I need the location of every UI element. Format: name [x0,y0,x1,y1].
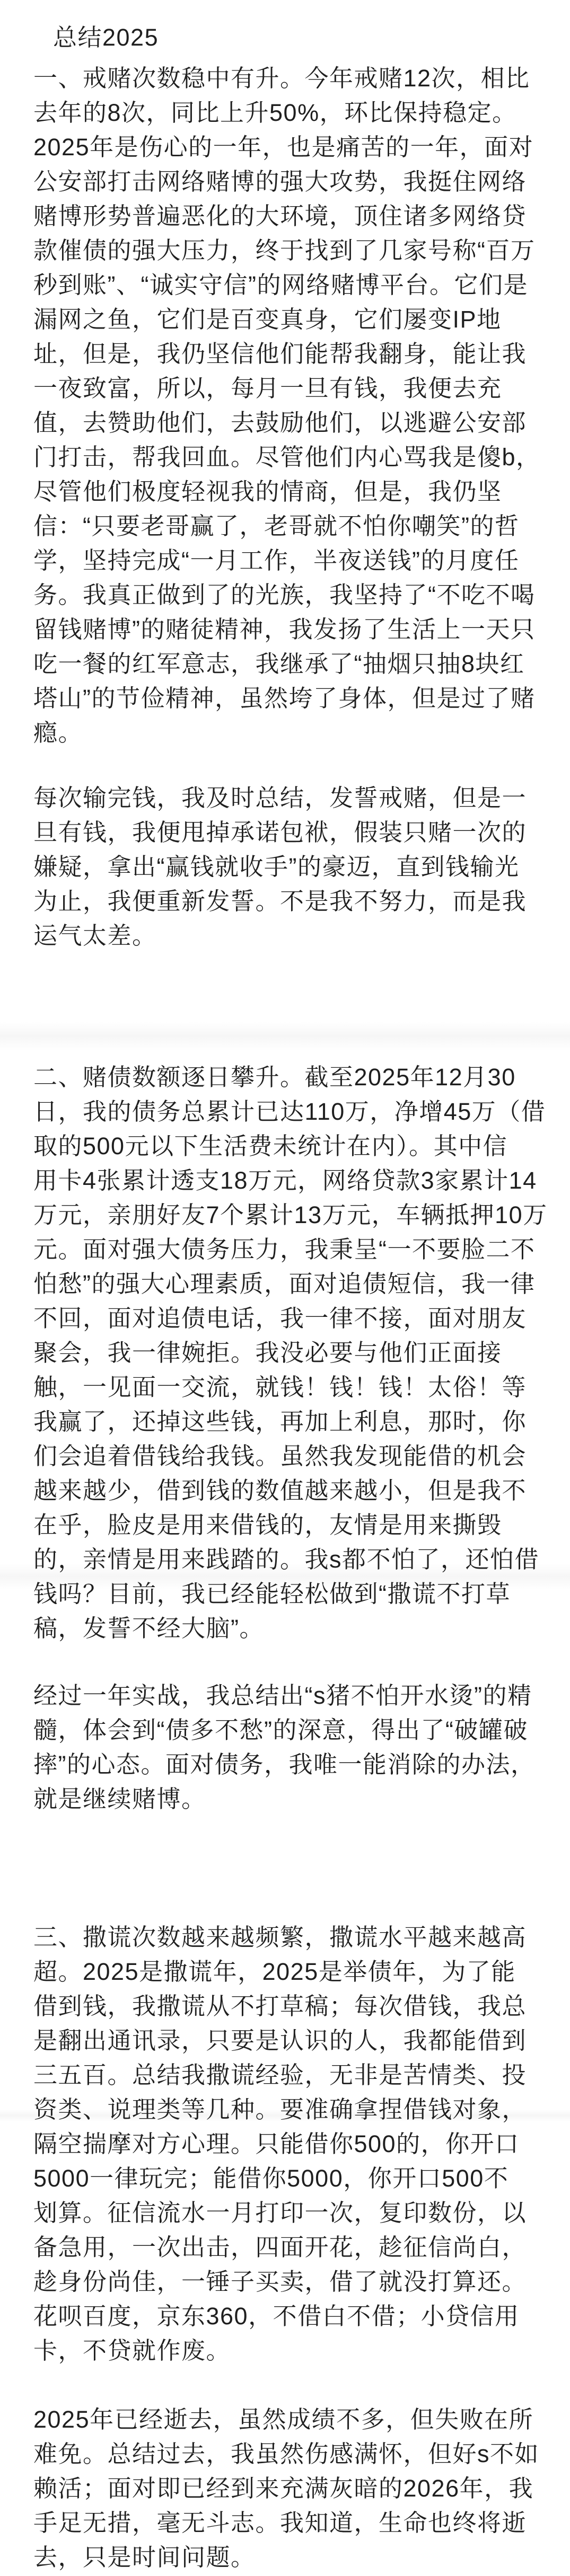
document-page: 总结2025 一、戒赌次数稳中有升。今年戒赌12次，相比 去年的8次，同比上升5… [0,0,570,2576]
screenshot-stitch-seam [0,1022,570,1051]
paragraph-section-1-conclusion: 每次输完钱，我及时总结，发誓戒赌，但是一 旦有钱，我便甩掉承诺包袱，假装只赌一次… [33,781,555,953]
paragraph-closing: 2025年已经逝去，虽然成绩不多，但失败在所 难免。总结过去，我虽然伤感满怀，但… [33,2402,555,2574]
paragraph-section-2: 二、赌债数额逐日攀升。截至2025年12月30 日，我的债务总累计已达110万，… [33,1060,555,1645]
paragraph-section-3: 三、撒谎次数越来越频繁，撒谎水平越来越高 超。2025是撒谎年，2025是举债年… [33,1920,555,2368]
paragraph-section-2-conclusion: 经过一年实战，我总结出“s猪不怕开水烫”的精 髓，体会到“债多不愁”的深意，得出… [33,1678,555,1816]
document-title: 总结2025 [33,20,554,55]
paragraph-section-1: 一、戒赌次数稳中有升。今年戒赌12次，相比 去年的8次，同比上升50%，环比保持… [33,61,555,750]
